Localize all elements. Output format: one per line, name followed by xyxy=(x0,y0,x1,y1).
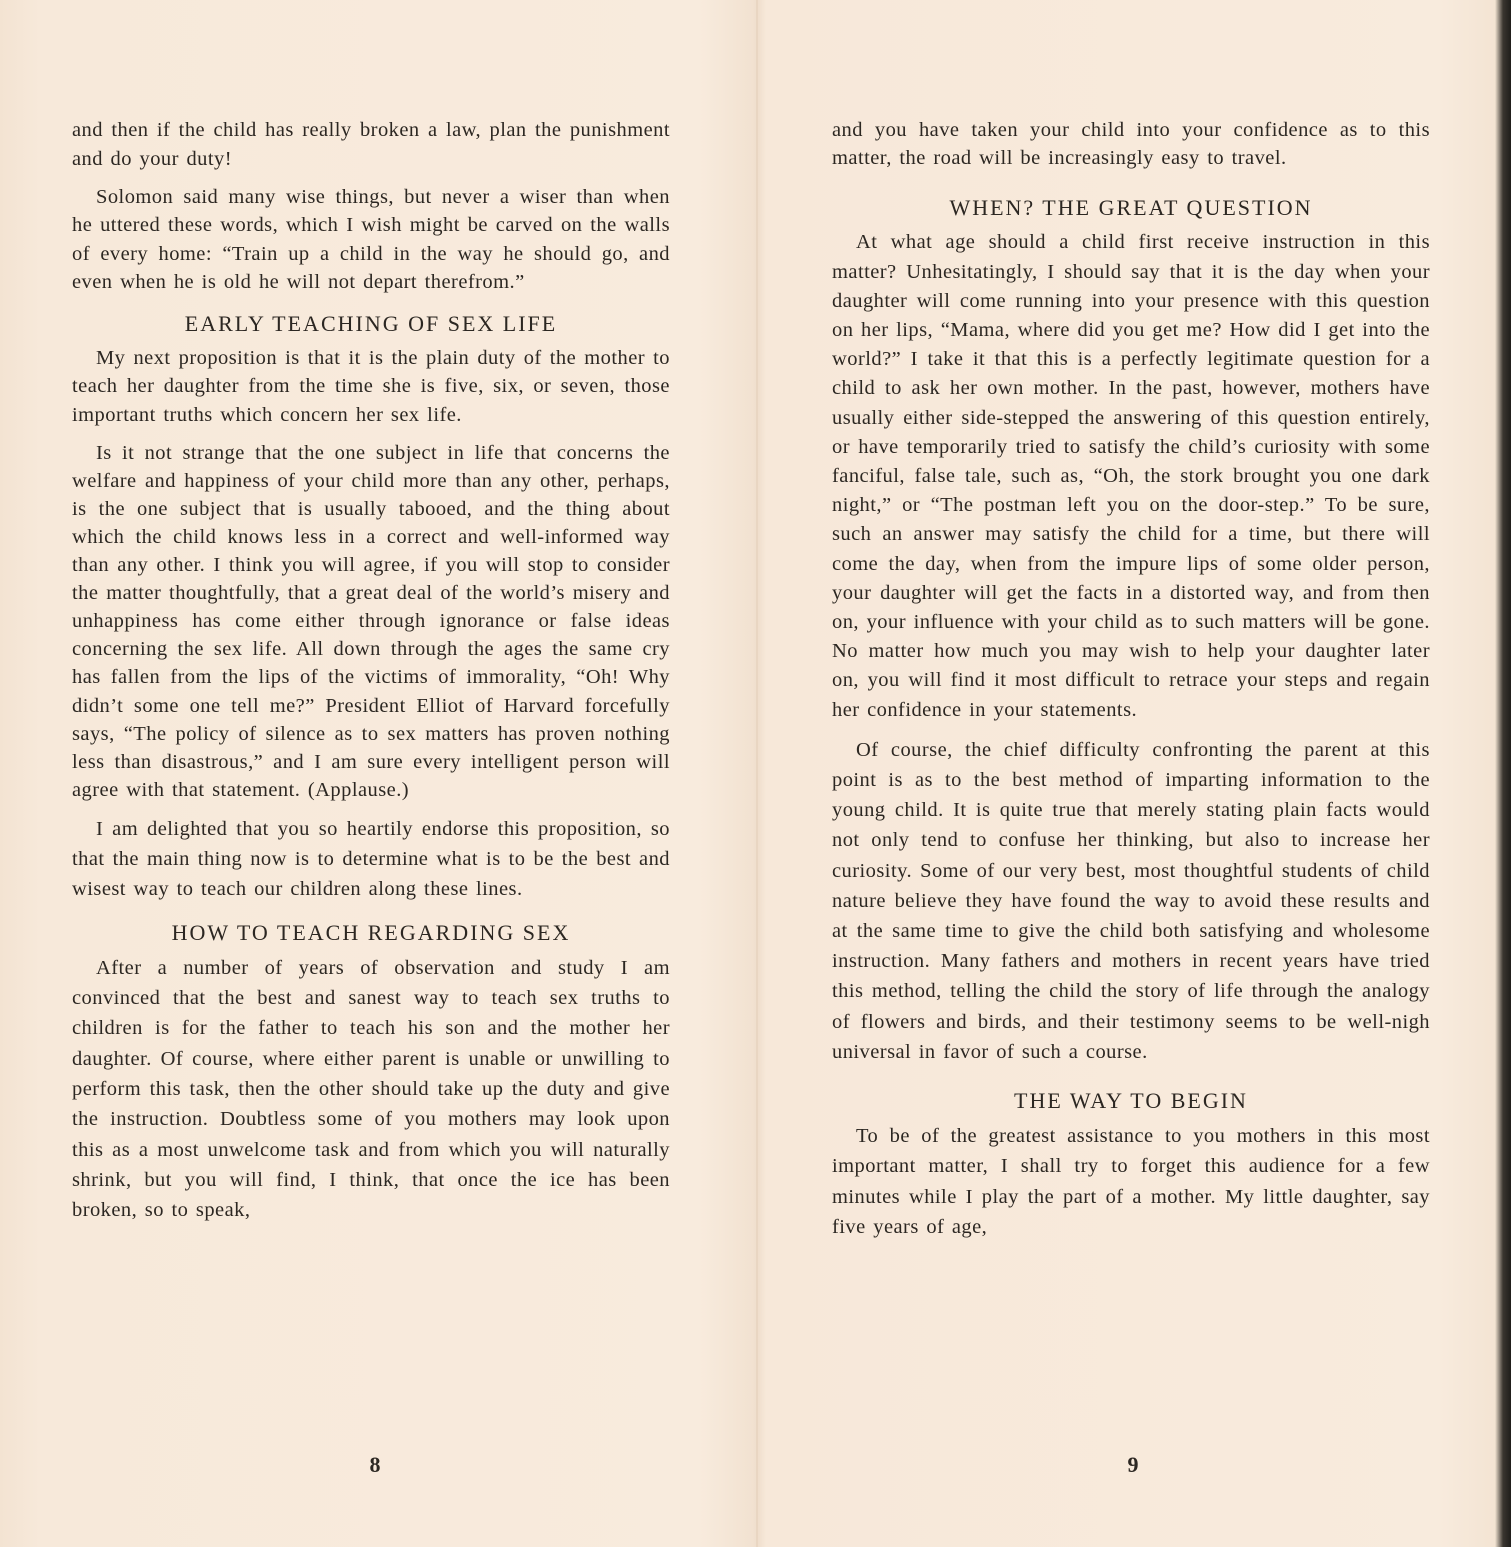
paragraph: Is it not strange that the one subject i… xyxy=(72,439,670,804)
section-way-to-begin: To be of the greatest assistance to you … xyxy=(832,1121,1430,1242)
paragraph: and you have taken your child into your … xyxy=(832,116,1430,172)
section-when-question: At what age should a child first receive… xyxy=(832,228,1430,1067)
paragraph: Solomon said many wise things, but never… xyxy=(72,183,670,296)
paragraph: Of course, the chief difficulty confront… xyxy=(832,735,1430,1067)
section-heading-when-question: WHEN? THE GREAT QUESTION xyxy=(832,194,1430,222)
page-number-right: 9 xyxy=(1113,1452,1153,1478)
book-gutter xyxy=(756,0,758,1547)
section-early-teaching: My next proposition is that it is the pl… xyxy=(72,344,670,904)
paragraph: At what age should a child first receive… xyxy=(832,228,1430,724)
paragraph: I am delighted that you so heartily endo… xyxy=(72,814,670,905)
section-heading-early-teaching: EARLY TEACHING OF SEX LIFE xyxy=(72,310,670,338)
paragraph: My next proposition is that it is the pl… xyxy=(72,344,670,428)
paragraph: To be of the greatest assistance to you … xyxy=(832,1121,1430,1242)
left-page: and then if the child has really broken … xyxy=(72,116,670,1235)
paragraph: and then if the child has really broken … xyxy=(72,116,670,173)
left-page-opening: and then if the child has really broken … xyxy=(72,116,670,296)
right-page-opening: and you have taken your child into your … xyxy=(832,116,1430,172)
section-heading-how-to-teach: HOW TO TEACH REGARDING SEX xyxy=(72,919,670,947)
paragraph: After a number of years of observation a… xyxy=(72,953,670,1226)
section-heading-way-to-begin: THE WAY TO BEGIN xyxy=(832,1087,1430,1115)
page-number-left: 8 xyxy=(355,1452,395,1478)
section-how-to-teach: After a number of years of observation a… xyxy=(72,953,670,1226)
right-page: and you have taken your child into your … xyxy=(832,116,1430,1252)
